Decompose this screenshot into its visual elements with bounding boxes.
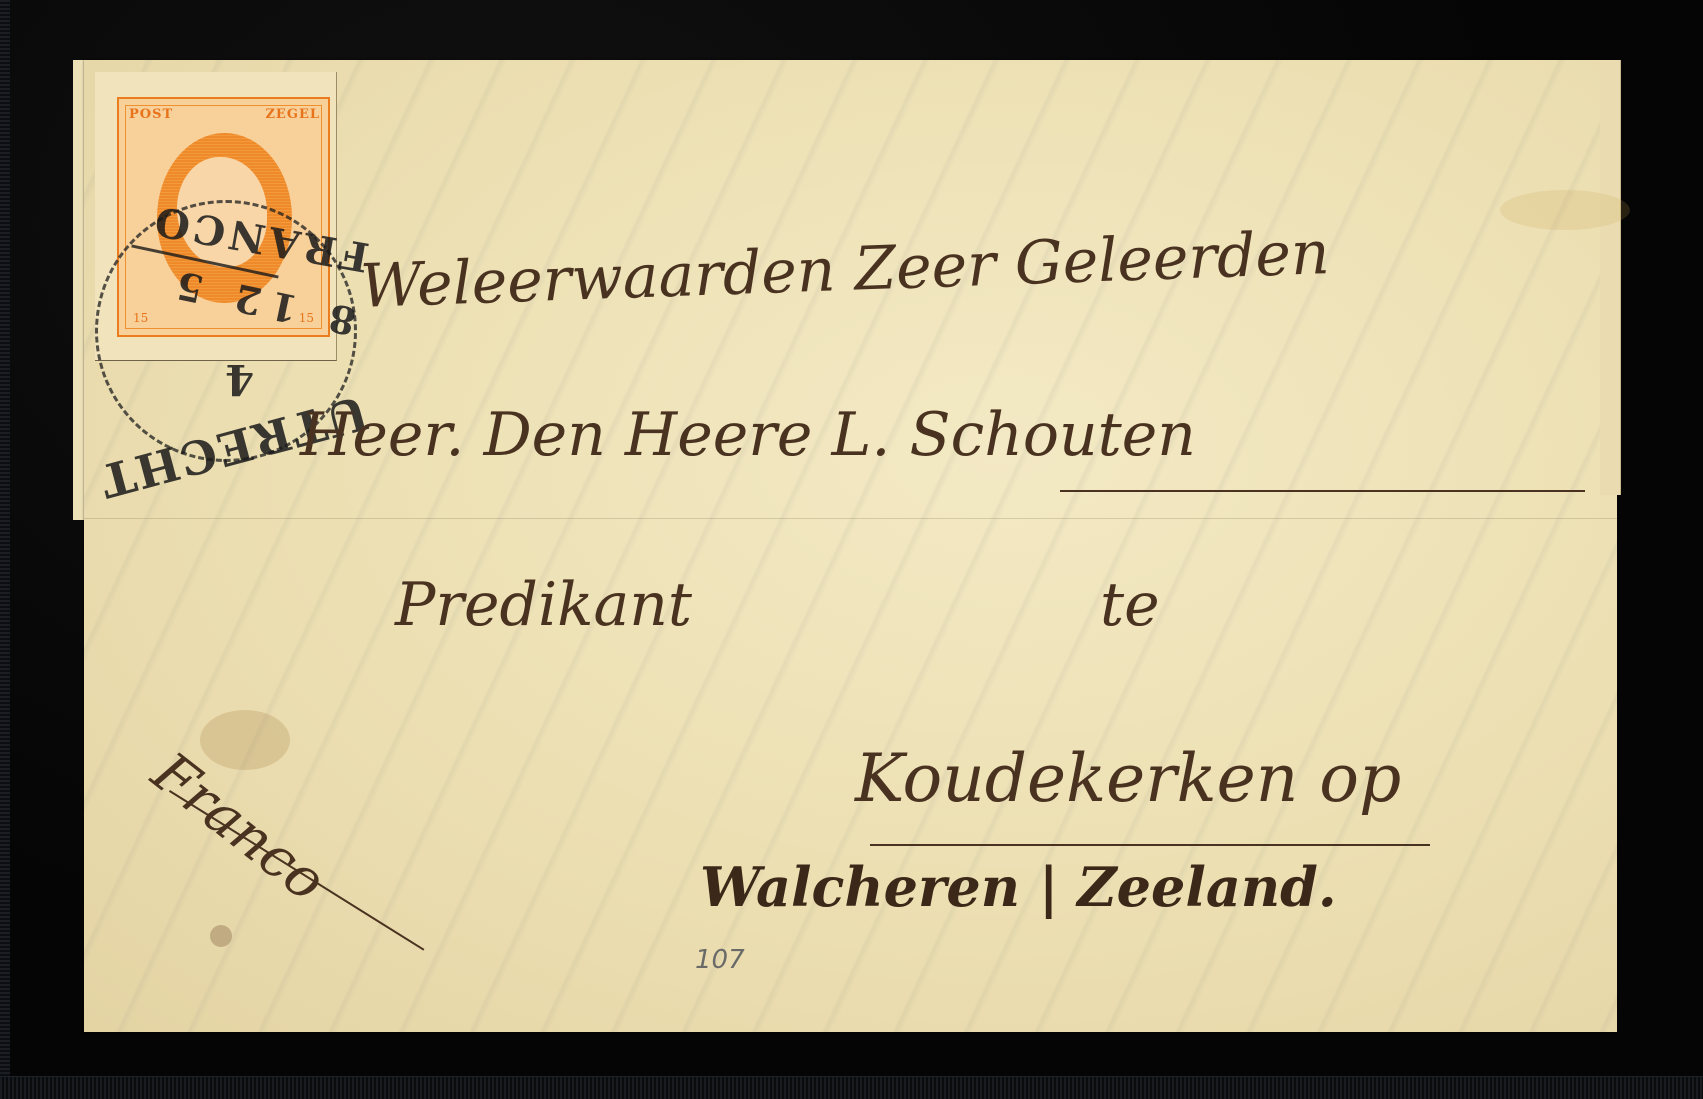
fold-crease bbox=[84, 518, 1617, 519]
stamp-word-left: POST bbox=[129, 107, 173, 122]
address-line-3-right: te bbox=[1100, 570, 1160, 640]
address-line-2: Heer. Den Heere L. Schouten bbox=[300, 400, 1196, 470]
paper-stain bbox=[200, 710, 290, 770]
address-line-3-left: Predikant bbox=[395, 570, 692, 640]
letter-flap-right bbox=[1600, 60, 1621, 495]
postmark-hour: 4 bbox=[225, 355, 254, 404]
mount-edge-left bbox=[0, 0, 10, 1099]
town-underline bbox=[870, 844, 1430, 846]
mount-edge-bottom bbox=[0, 1076, 1703, 1099]
stamp-word-right: ZEGEL bbox=[265, 107, 320, 122]
paper-stain bbox=[210, 925, 232, 947]
name-underline bbox=[1060, 490, 1585, 492]
address-line-5: Walcheren | Zeeland. bbox=[700, 855, 1337, 919]
pencil-annotation: 107 bbox=[695, 945, 745, 975]
address-line-4: Koudekerken op bbox=[855, 740, 1401, 817]
paper-stain bbox=[1500, 190, 1630, 230]
